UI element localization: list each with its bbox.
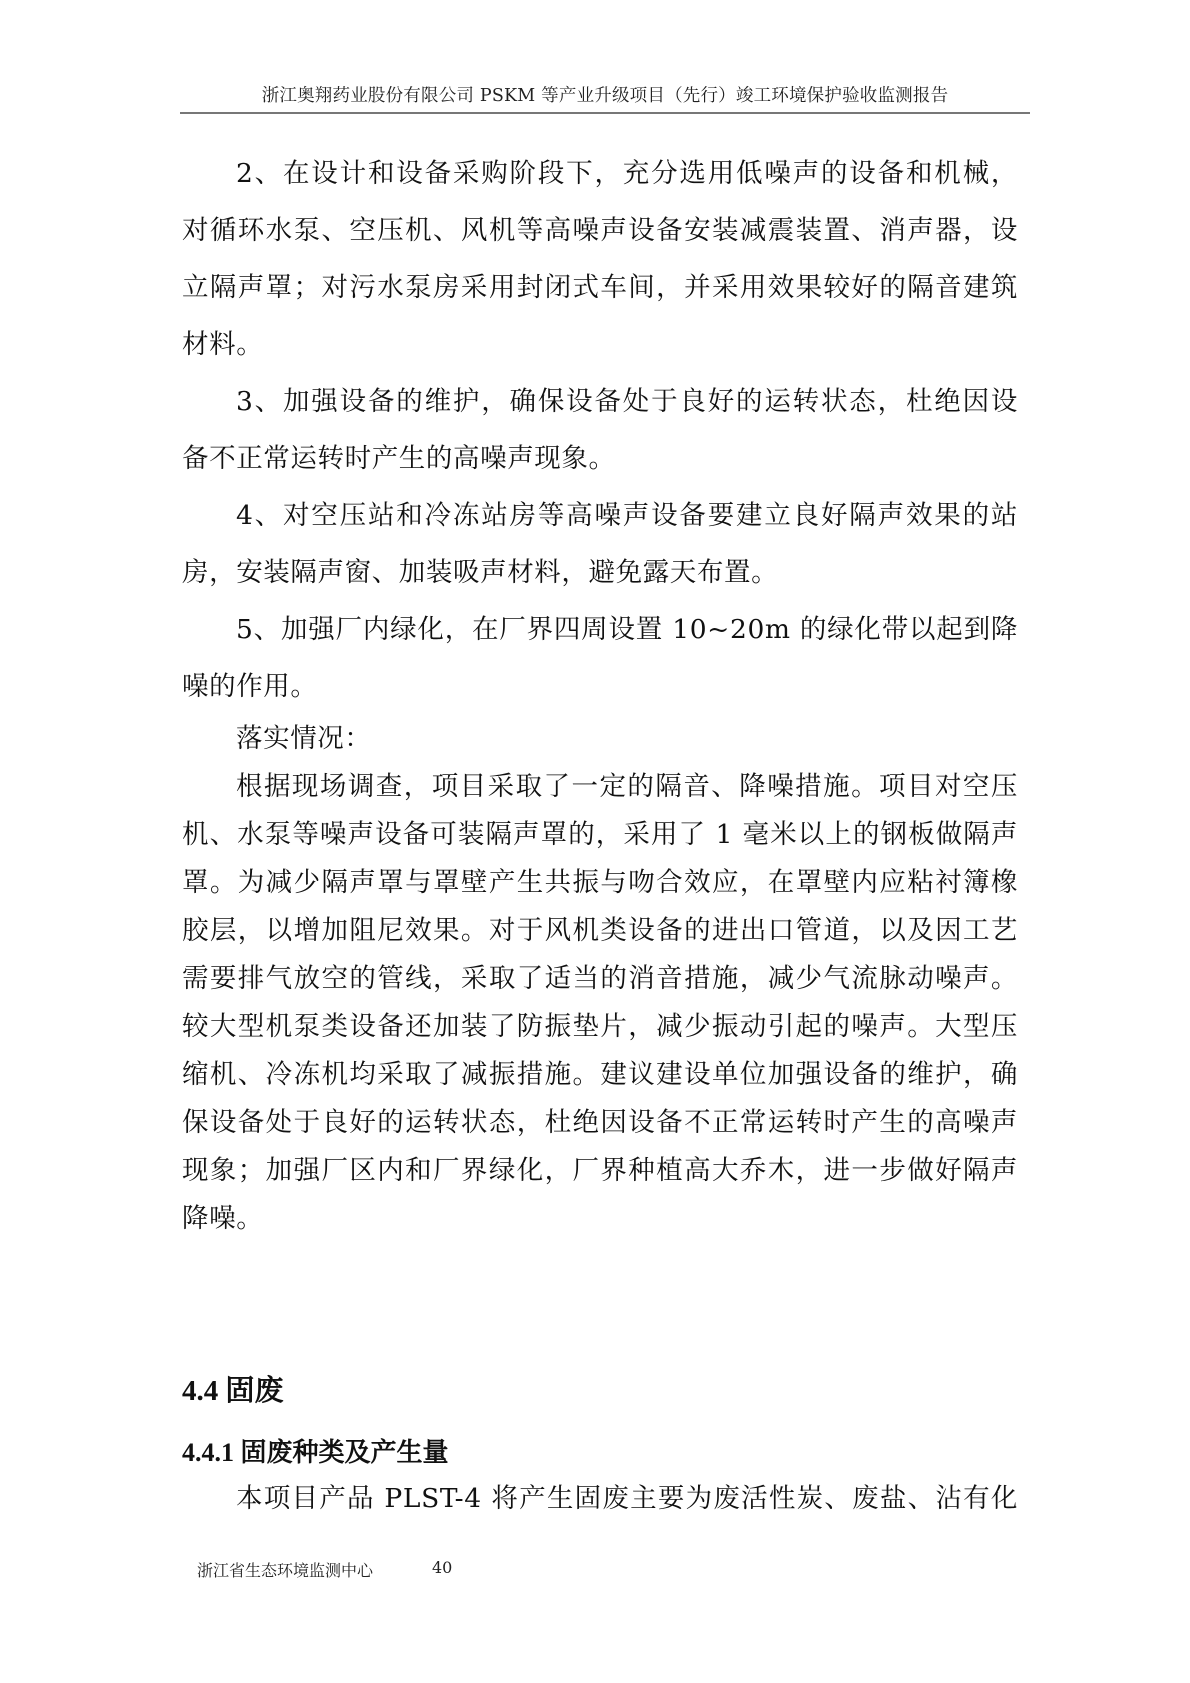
paragraph-line: 保设备处于良好的运转状态，杜绝因设备不正常运转时产生的高噪声 [182,1099,1018,1147]
paragraph-line: 胶层，以增加阻尼效果。对于风机类设备的进出口管道，以及因工艺 [182,907,1018,955]
paragraph-line: 缩机、冷冻机均采取了减振措施。建议建设单位加强设备的维护，确 [182,1051,1018,1099]
paragraph-line: 2、在设计和设备采购阶段下，充分选用低噪声的设备和机械， [182,145,1018,202]
implementation-label: 落实情况： [182,715,1018,763]
paragraph-line: 对循环水泵、空压机、风机等高噪声设备安装减震装置、消声器，设 [182,202,1018,259]
paragraph-line: 备不正常运转时产生的高噪声现象。 [182,430,1018,487]
section-heading: 4.4 固废 [182,1368,284,1409]
body-text: 2、在设计和设备采购阶段下，充分选用低噪声的设备和机械， 对循环水泵、空压机、风… [182,145,1018,1243]
paragraph-line: 立隔声罩；对污水泵房采用封闭式车间，并采用效果较好的隔音建筑 [182,259,1018,316]
paragraph-line: 噪的作用。 [182,658,1018,715]
paragraph-line: 降噪。 [182,1195,1018,1243]
paragraph-line: 本项目产品 PLST-4 将产生固废主要为废活性炭、废盐、沾有化 [182,1470,1018,1527]
paragraph-line: 5、加强厂内绿化，在厂界四周设置 10~20m 的绿化带以起到降 [182,601,1018,658]
paragraph-line: 房，安装隔声窗、加装吸声材料，避免露天布置。 [182,544,1018,601]
paragraph-line: 4、对空压站和冷冻站房等高噪声设备要建立良好隔声效果的站 [182,487,1018,544]
paragraph-line: 现象；加强厂区内和厂界绿化，厂界种植高大乔木，进一步做好隔声 [182,1147,1018,1195]
running-header: 浙江奥翔药业股份有限公司 PSKM 等产业升级项目（先行）竣工环境保护验收监测报… [180,82,1030,107]
paragraph-line: 材料。 [182,316,1018,373]
paragraph-line: 罩。为减少隔声罩与罩壁产生共振与吻合效应，在罩壁内应粘衬簿橡 [182,859,1018,907]
paragraph-line: 较大型机泵类设备还加装了防振垫片，减少振动引起的噪声。大型压 [182,1003,1018,1051]
paragraph-line: 根据现场调查，项目采取了一定的隔音、降噪措施。项目对空压 [182,763,1018,811]
paragraph-line: 需要排气放空的管线，采取了适当的消音措施，减少气流脉动噪声。 [182,955,1018,1003]
footer-organization: 浙江省生态环境监测中心 [197,1558,373,1581]
paragraph-line: 机、水泵等噪声设备可装隔声罩的，采用了 1 毫米以上的钢板做隔声 [182,811,1018,859]
header-divider [180,112,1030,114]
subsection-heading: 4.4.1 固废种类及产生量 [182,1432,449,1469]
paragraph-line: 3、加强设备的维护，确保设备处于良好的运转状态，杜绝因设 [182,373,1018,430]
page-number: 40 [432,1558,452,1577]
